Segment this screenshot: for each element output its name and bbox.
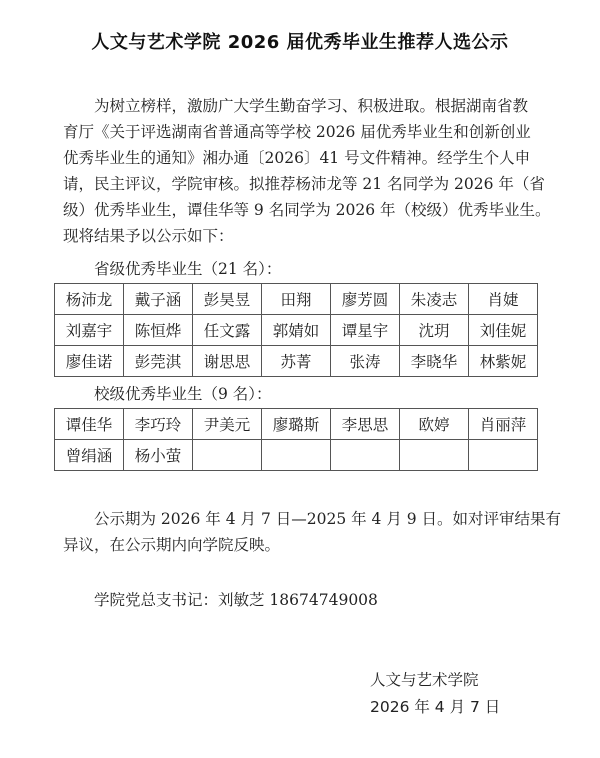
school-table: 谭佳华 李巧玲 尹美元 廖璐斯 李思思 欧婷 肖丽萍 曾绢涵 杨小萤 bbox=[54, 408, 538, 471]
intro-line: 优秀毕业生的通知》湘办通〔2026〕41 号文件精神。经学生个人申 bbox=[63, 145, 541, 171]
name-cell: 李思思 bbox=[331, 409, 400, 440]
name-cell: 杨小萤 bbox=[124, 440, 193, 471]
name-cell: 彭昊昱 bbox=[193, 284, 262, 315]
name-cell: 尹美元 bbox=[193, 409, 262, 440]
intro-line: 育厅《关于评选湖南省普通高等学校 2026 届优秀毕业生和创新创业 bbox=[63, 119, 541, 145]
name-cell bbox=[400, 440, 469, 471]
name-cell: 朱凌志 bbox=[400, 284, 469, 315]
name-cell: 林紫妮 bbox=[469, 346, 538, 377]
name-cell: 彭莞淇 bbox=[124, 346, 193, 377]
name-cell: 谢思思 bbox=[193, 346, 262, 377]
table-row: 廖佳诺 彭莞淇 谢思思 苏菁 张涛 李晓华 林紫妮 bbox=[55, 346, 538, 377]
name-cell bbox=[469, 440, 538, 471]
name-cell: 郭婧如 bbox=[262, 315, 331, 346]
notice-line: 异议，在公示期内向学院反映。 bbox=[63, 532, 541, 558]
name-cell: 张涛 bbox=[331, 346, 400, 377]
name-cell: 苏菁 bbox=[262, 346, 331, 377]
name-cell bbox=[331, 440, 400, 471]
name-cell bbox=[262, 440, 331, 471]
intro-line: 为树立榜样，激励广大学生勤奋学习、积极进取。根据湖南省教 bbox=[63, 93, 541, 119]
name-cell: 刘嘉宇 bbox=[55, 315, 124, 346]
name-cell bbox=[193, 440, 262, 471]
intro-line: 请，民主评议，学院审核。拟推荐杨沛龙等 21 名同学为 2026 年（省 bbox=[63, 171, 541, 197]
name-cell: 戴子涵 bbox=[124, 284, 193, 315]
provincial-table: 杨沛龙 戴子涵 彭昊昱 田翔 廖芳圆 朱凌志 肖婕 刘嘉宇 陈恒烨 任文露 郭婧… bbox=[54, 283, 538, 377]
name-cell: 欧婷 bbox=[400, 409, 469, 440]
name-cell: 曾绢涵 bbox=[55, 440, 124, 471]
name-cell: 谭佳华 bbox=[55, 409, 124, 440]
contact-line: 学院党总支书记：刘敏芝 18674749008 bbox=[94, 588, 378, 610]
name-cell: 任文露 bbox=[193, 315, 262, 346]
table-row: 谭佳华 李巧玲 尹美元 廖璐斯 李思思 欧婷 肖丽萍 bbox=[55, 409, 538, 440]
name-cell: 肖丽萍 bbox=[469, 409, 538, 440]
table-row: 曾绢涵 杨小萤 bbox=[55, 440, 538, 471]
name-cell: 沈玥 bbox=[400, 315, 469, 346]
name-cell: 田翔 bbox=[262, 284, 331, 315]
name-cell: 陈恒烨 bbox=[124, 315, 193, 346]
intro-line: 级）优秀毕业生，谭佳华等 9 名同学为 2026 年（校级）优秀毕业生。 bbox=[63, 197, 541, 223]
name-cell: 谭星宇 bbox=[331, 315, 400, 346]
name-cell: 李巧玲 bbox=[124, 409, 193, 440]
signature-org: 人文与艺术学院 bbox=[370, 668, 479, 690]
notice-paragraph: 公示期为 2026 年 4 月 7 日—2025 年 4 月 9 日。如对评审结… bbox=[63, 506, 541, 558]
school-label: 校级优秀毕业生（9 名）： bbox=[94, 382, 272, 404]
name-cell: 刘佳妮 bbox=[469, 315, 538, 346]
name-cell: 廖芳圆 bbox=[331, 284, 400, 315]
table-row: 杨沛龙 戴子涵 彭昊昱 田翔 廖芳圆 朱凌志 肖婕 bbox=[55, 284, 538, 315]
signature-date: 2026 年 4 月 7 日 bbox=[370, 695, 500, 717]
table-row: 刘嘉宇 陈恒烨 任文露 郭婧如 谭星宇 沈玥 刘佳妮 bbox=[55, 315, 538, 346]
name-cell: 廖佳诺 bbox=[55, 346, 124, 377]
intro-line: 现将结果予以公示如下： bbox=[63, 223, 541, 249]
intro-paragraph: 为树立榜样，激励广大学生勤奋学习、积极进取。根据湖南省教 育厅《关于评选湖南省普… bbox=[63, 93, 541, 249]
name-cell: 廖璐斯 bbox=[262, 409, 331, 440]
page-title: 人文与艺术学院 2026 届优秀毕业生推荐人选公示 bbox=[0, 28, 600, 54]
name-cell: 杨沛龙 bbox=[55, 284, 124, 315]
provincial-label: 省级优秀毕业生（21 名）： bbox=[94, 257, 281, 279]
name-cell: 李晓华 bbox=[400, 346, 469, 377]
notice-line: 公示期为 2026 年 4 月 7 日—2025 年 4 月 9 日。如对评审结… bbox=[63, 506, 541, 532]
name-cell: 肖婕 bbox=[469, 284, 538, 315]
